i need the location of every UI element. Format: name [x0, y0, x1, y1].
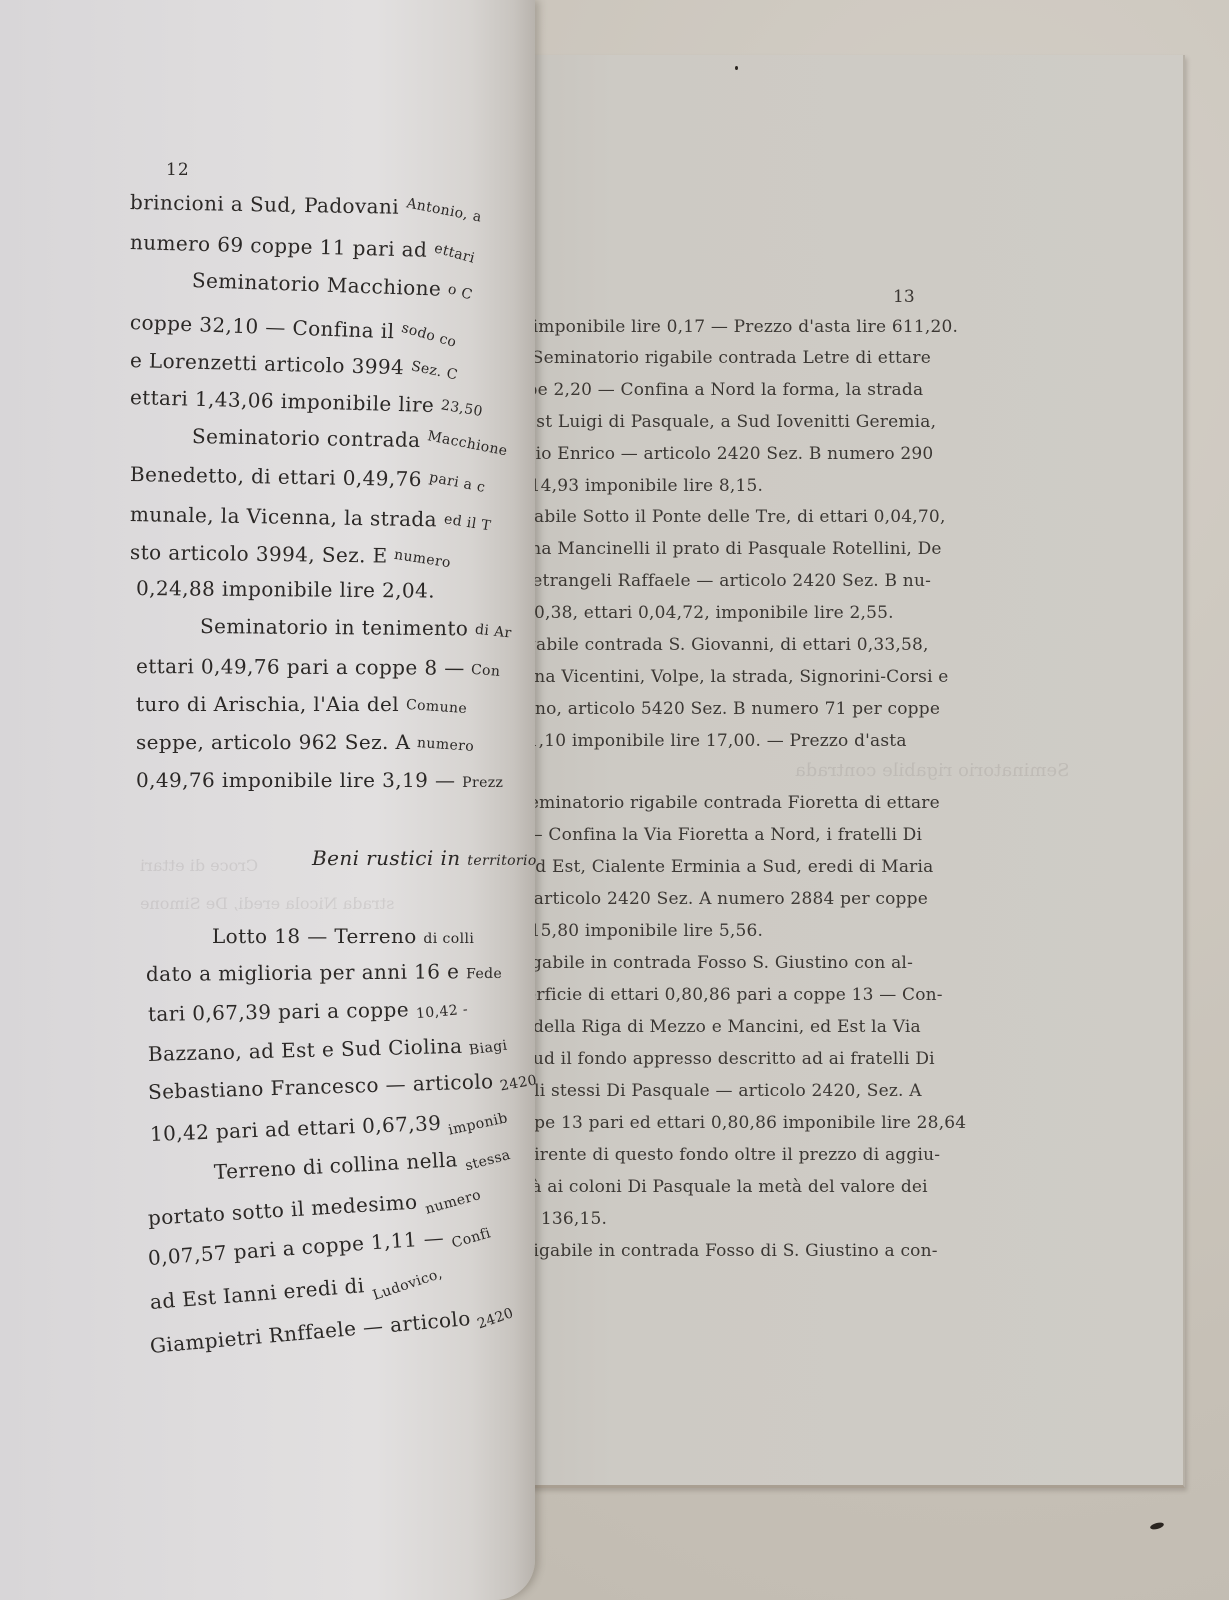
right-line: nfina Mancinelli il prato di Pasquale Ro… — [507, 539, 942, 559]
right-line: 57 imponibile lire 0,17 — Prezzo d'asta … — [505, 317, 958, 337]
page-number-left: 12 — [166, 160, 190, 180]
left-line: munale, la Vicenna, la strada ed il T — [130, 502, 491, 532]
right-line: perficie di ettari 0,80,86 pari a coppe … — [515, 985, 943, 1005]
left-line: ettari 0,49,76 pari a coppe 8 — Con — [136, 654, 501, 680]
bleed-through-text: Croce di ettari — [140, 856, 258, 875]
left-line: 0,24,88 imponibile lire 2,04. — [136, 576, 435, 603]
right-line: gli stessi Di Pasquale — articolo 2420, … — [523, 1081, 922, 1101]
left-line: Seminatorio Macchione o C — [192, 268, 474, 302]
right-line: o ed Est, Cialente Erminia a Sud, eredi … — [509, 857, 933, 877]
bleed-through-text: strada Nicola eredi, De Simone — [140, 894, 394, 913]
left-line: seppe, articolo 962 Sez. A numero — [136, 730, 474, 754]
left-line: 0,49,76 imponibile lire 3,19 — Prezz — [136, 768, 503, 792]
left-line: 0,07,57 pari a coppe 1,11 — Confi — [147, 1222, 491, 1270]
right-line: d Est Luigi di Pasquale, a Sud Iovenitti… — [507, 412, 936, 432]
left-line: Seminatorio in tenimento di Ar — [200, 614, 512, 641]
right-line: uirente di questo fondo oltre il prezzo … — [523, 1145, 940, 1165]
left-page: 12 brincioni a Sud, Padovani Antonio, a … — [0, 0, 535, 1600]
left-line: e Lorenzetti articolo 3994 Sez. C — [130, 348, 459, 381]
right-line: Seminatorio rigabile contrada Fioretta d… — [517, 793, 940, 813]
right-line: — Seminatorio rigabile contrada Letre di… — [509, 348, 931, 368]
right-line: ,31,10 imponibile lire 17,00. — Prezzo d… — [511, 731, 907, 751]
section-heading: Beni rustici in territorio — [312, 846, 537, 870]
page-number-right: 13 — [893, 287, 915, 307]
right-page: 13 57 imponibile lire 0,17 — Prezzo d'as… — [495, 55, 1185, 1488]
left-line: Sebastiano Francesco — articolo 2420 — [148, 1068, 538, 1104]
left-line: dato a miglioria per anni 16 e Fede — [146, 959, 502, 986]
right-line: Sud il fondo appresso descritto ad ai fr… — [521, 1049, 935, 1069]
right-line: — articolo 2420 Sez. A numero 2884 per c… — [511, 889, 928, 909]
left-line: Terreno di collina nella stessa — [213, 1144, 511, 1184]
right-line: a della Riga di Mezzo e Mancini, ed Est … — [517, 1017, 921, 1037]
right-line: Pietrangeli Raffaele — articolo 2420 Sez… — [515, 571, 931, 591]
left-line: numero 69 coppe 11 pari ad ettari — [130, 230, 476, 263]
right-line: cchio Enrico — articolo 2420 Sez. B nume… — [505, 444, 933, 464]
left-line: Bazzano, ad Est e Sud Ciolina Biagi — [148, 1033, 508, 1066]
left-line: 10,42 pari ad ettari 0,67,39 imponib — [150, 1108, 509, 1146]
right-line: mino, articolo 5420 Sez. B numero 71 per… — [513, 699, 940, 719]
paper-speck — [1149, 1521, 1164, 1530]
right-line: ppe 13 pari ed ettari 0,80,86 imponibile… — [523, 1113, 966, 1133]
right-line: rigabile in contrada Fosso di S. Giustin… — [525, 1241, 938, 1261]
right-line: 0,14,93 imponibile lire 8,15. — [513, 476, 763, 496]
left-line: Lotto 18 — Terreno di colli — [212, 924, 474, 948]
left-line: Giampietri Rnffaele — articolo 2420 — [149, 1302, 515, 1358]
right-line: rà ai coloni Di Pasquale la metà del val… — [523, 1177, 928, 1197]
right-line: oppe 2,20 — Confina a Nord la forma, la … — [505, 380, 923, 400]
left-line: turo di Arischia, l'Aia del Comune — [136, 692, 467, 716]
left-line: sto articolo 3994, Sez. E numero — [130, 540, 452, 568]
paper-speck — [735, 66, 738, 70]
left-line: brincioni a Sud, Padovani Antonio, a — [130, 190, 483, 220]
right-line: rigabile in contrada Fosso S. Giustino c… — [517, 953, 913, 973]
left-line: portato sotto il medesimo numero — [147, 1186, 482, 1230]
right-line: 0,15,80 imponibile lire 5,56. — [513, 921, 763, 941]
left-line: Benedetto, di ettari 0,49,76 pari a c — [130, 462, 486, 492]
bleed-through-text: Seminatorio rigabile contrada — [795, 760, 1069, 781]
left-line: coppe 32,10 — Confina il sodo co — [130, 310, 459, 345]
right-line: nfina Vicentini, Volpe, la strada, Signo… — [511, 667, 949, 687]
right-line: 5 — Confina la Via Fioretta a Nord, i fr… — [509, 825, 922, 845]
right-line: rigabile Sotto il Ponte delle Tre, di et… — [509, 507, 946, 527]
left-line: Seminatorio contrada Macchione — [192, 424, 509, 454]
left-line: tari 0,67,39 pari a coppe 10,42 - — [148, 996, 468, 1026]
right-line: pe 0,38, ettari 0,04,72, imponibile lire… — [507, 603, 894, 623]
left-line: ad Est Ianni eredi di Ludovico, — [149, 1267, 444, 1314]
right-line: e 136,15. — [525, 1209, 607, 1229]
left-line: ettari 1,43,06 imponibile lire 23,50 — [130, 385, 484, 418]
right-line: rigabile contrada S. Giovanni, di ettari… — [511, 635, 929, 655]
